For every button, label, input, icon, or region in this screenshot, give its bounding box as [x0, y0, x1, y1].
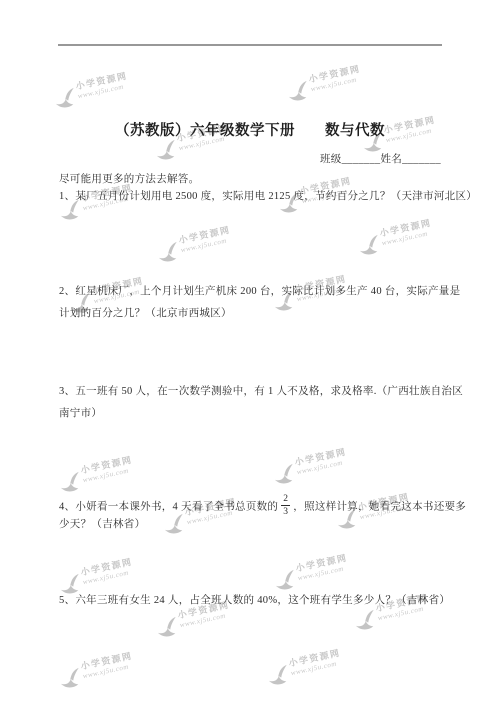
watermark-swoosh-icon — [272, 569, 298, 595]
watermark-text: 小学资源网 www.xj5u.com — [378, 216, 434, 247]
watermark: 小学资源网 www.xj5u.com — [284, 58, 384, 106]
watermark-swoosh-icon — [57, 667, 83, 693]
watermark-site-url: www.xj5u.com — [179, 610, 232, 629]
class-name-line: 班级_______姓名_______ — [320, 151, 441, 166]
problem-1-line-1: 1、某厂五月份计划用电 2500 度，实际用电 2125 度，节约百分之几？（天… — [59, 189, 477, 204]
watermark: 小学资源网 www.xj5u.com — [56, 551, 156, 599]
watermark: 小学资源网 www.xj5u.com — [56, 449, 156, 497]
watermark-site-name: 小学资源网 — [79, 649, 133, 673]
watermark-site-url: www.xj5u.com — [310, 74, 363, 93]
watermark-site-url: www.xj5u.com — [297, 563, 350, 582]
watermark-site-name: 小学资源网 — [177, 223, 231, 247]
watermark-site-name: 小学资源网 — [287, 646, 341, 670]
watermark-swoosh-icon — [155, 241, 181, 267]
watermark-site-name: 小学资源网 — [79, 453, 133, 477]
watermark-swoosh-icon — [352, 609, 378, 635]
watermark: 小学资源网 www.xj5u.com — [51, 65, 151, 113]
problem-4-prefix: 4、小妍看一本课外书，4 天看了全书总页数的 — [59, 501, 278, 512]
problem-2-line-1: 2、红星机床厂，上个月计划生产机床 200 台，实际比计划多生产 40 台，实际… — [59, 284, 460, 299]
watermark-text: 小学资源网 www.xj5u.com — [79, 649, 135, 680]
watermark-swoosh-icon — [265, 664, 291, 690]
watermark: 小学资源网 www.xj5u.com — [56, 645, 156, 693]
watermark-text: 小学资源网 www.xj5u.com — [287, 646, 343, 677]
name-label: 姓名 — [380, 154, 402, 165]
problem-5-line-1: 5、六年三班有女生 24 人，占全班人数的 40%，这个班有学生多少人？（吉林省… — [59, 593, 450, 608]
watermark-text: 小学资源网 www.xj5u.com — [177, 223, 233, 254]
problem-3-line-1: 3、五一班有 50 人，在一次数学测验中，有 1 人不及格，求及格率.（广西壮族… — [59, 384, 463, 399]
watermark-swoosh-icon — [285, 80, 311, 106]
watermark-site-url: www.xj5u.com — [381, 228, 434, 247]
problem-4-line-1: 4、小妍看一本课外书，4 天看了全书总页数的23，照这样计算，她看完这本书还要多 — [59, 494, 466, 518]
watermark-site-name: 小学资源网 — [293, 445, 347, 469]
problem-4-line-2: 少天？（吉林省） — [59, 517, 145, 532]
watermark-swoosh-icon — [52, 87, 78, 113]
watermark-site-url: www.xj5u.com — [82, 465, 135, 484]
watermark-site-name: 小学资源网 — [294, 551, 348, 575]
watermark-site-name: 小学资源网 — [378, 216, 432, 240]
watermark-text: 小学资源网 www.xj5u.com — [307, 62, 363, 93]
page-title: （苏教版）六年级数学下册 数与代数 — [0, 119, 500, 140]
watermark: 小学资源网 www.xj5u.com — [154, 219, 254, 267]
problem-2-line-2: 计划的百分之几？（北京市西城区） — [59, 306, 232, 321]
watermark-site-name: 小学资源网 — [74, 69, 128, 93]
watermark: 小学资源网 www.xj5u.com — [270, 441, 370, 489]
watermark-site-url: www.xj5u.com — [77, 81, 130, 100]
fraction-numerator: 2 — [281, 494, 290, 505]
watermark-text: 小学资源网 www.xj5u.com — [74, 69, 130, 100]
watermark-text: 小学资源网 www.xj5u.com — [79, 453, 135, 484]
class-label: 班级 — [320, 154, 342, 165]
name-blank: _______ — [402, 154, 441, 165]
watermark-swoosh-icon — [153, 139, 179, 165]
watermark-swoosh-icon — [154, 616, 180, 642]
watermark-site-url: www.xj5u.com — [82, 661, 135, 680]
watermark-swoosh-icon — [271, 463, 297, 489]
watermark-site-url: www.xj5u.com — [180, 235, 233, 254]
watermark-text: 小学资源网 www.xj5u.com — [293, 445, 349, 476]
watermark-site-url: www.xj5u.com — [290, 658, 343, 677]
watermark-site-url: www.xj5u.com — [82, 567, 135, 586]
watermark-swoosh-icon — [356, 234, 382, 260]
watermark-site-name: 小学资源网 — [79, 555, 133, 579]
class-blank: _______ — [342, 154, 381, 165]
watermark-text: 小学资源网 www.xj5u.com — [79, 555, 135, 586]
header-divider — [58, 44, 442, 46]
fraction-denominator: 3 — [281, 505, 290, 517]
watermark: 小学资源网 www.xj5u.com — [271, 547, 371, 595]
watermark-text: 小学资源网 www.xj5u.com — [294, 551, 350, 582]
watermark: 小学资源网 www.xj5u.com — [355, 212, 455, 260]
watermark-site-url: www.xj5u.com — [296, 457, 349, 476]
worksheet-page: 小学资源网 www.xj5u.com 小学资源网 www.xj5u.com — [0, 0, 500, 707]
watermark-site-name: 小学资源网 — [307, 62, 361, 86]
instruction-text: 尽可能用更多的方法去解答。 — [59, 172, 199, 187]
watermark: 小学资源网 www.xj5u.com — [264, 642, 364, 690]
fraction-two-thirds: 23 — [281, 494, 290, 518]
problem-4-suffix: ，照这样计算，她看完这本书还要多 — [293, 501, 466, 512]
problem-3-line-2: 南宁市） — [59, 406, 102, 421]
